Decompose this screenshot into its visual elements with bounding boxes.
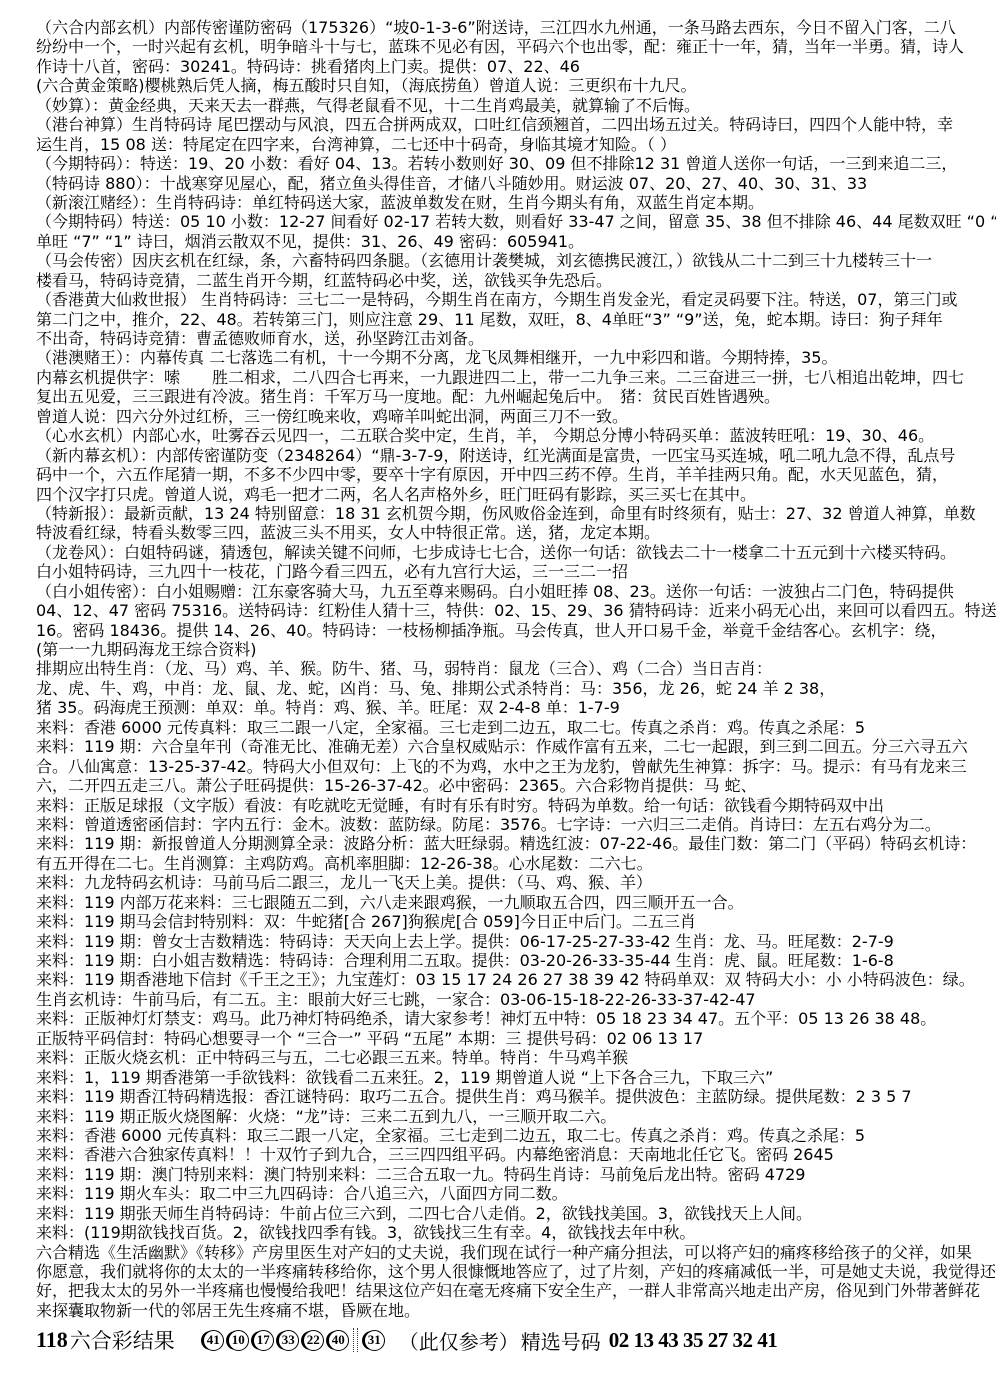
document-line: 来料：1，119 期香港第一手欲钱料：欲钱看二五来狂。2，119 期曾道人说 “… bbox=[36, 1068, 996, 1087]
document-line: 正版特平码信封：特码心想要寻一个 “三合一” 平码 “五尾” 本期：三 提供号码… bbox=[36, 1029, 996, 1048]
picked-numbers: 02 13 43 35 27 32 41 bbox=[609, 1328, 778, 1353]
document-line: 来料：119 期马会信封特别料：双：牛蛇猪[合 267]狗猴虎[合 059]今日… bbox=[36, 912, 996, 931]
document-line: 不出奇，特码诗竞猜：曹孟德败师育水，送，孙坚跨江击刘备。 bbox=[36, 329, 996, 348]
document-line: 排期应出特生肖：（龙、马）鸡、羊、猴。防牛、猪、马，弱特肖：鼠龙（三合）、鸡（二… bbox=[36, 659, 996, 678]
result-ball: 22 bbox=[303, 1330, 324, 1351]
document-line: 运生肖，15 08 送：特尾定在四字来，台湾神算，二七还中十码奇，身临其境才知险… bbox=[36, 135, 996, 154]
document-line: （六合内部玄机）内部传密谨防密码（175326）“坡0-1-3-6”附送诗，三江… bbox=[36, 18, 996, 37]
document-line: 来料：119 期香港地下信封《千王之王》；九宝莲灯：03 15 17 24 26… bbox=[36, 970, 996, 989]
document-line: （特码诗 880）：十战寒穿见屋心，配，猪立鱼头得佳音，才储八斗随妙用。财运波 … bbox=[36, 174, 996, 193]
document-line: 来料：119 期：澳门特别来料：澳门特别来料：二三合五取一九。特码生肖诗：马前兔… bbox=[36, 1165, 996, 1184]
document-line: （新内幕玄机）：内部传密谨防变（2348264）“鼎-3-7-9，附送诗，红光满… bbox=[36, 446, 996, 465]
document-line: （白小姐传密）：白小姐赐赠：江东豪客骑大马，九五至尊来赐码。白小姐旺捧 08、2… bbox=[36, 582, 996, 601]
document-line: 来料：正版足球报（文字版）看波：有吃就吃无觉睡，有时有乐有时穷。特码为单数。给一… bbox=[36, 796, 996, 815]
document-line: （香港黄大仙救世报） 生肖特码诗：三七二一是特码，今期生肖在南方，今期生肖发金光… bbox=[36, 290, 996, 309]
document-line: 作诗十八首，密码：30241。特码诗：挑看猪肉上门卖。提供：07、22、46 bbox=[36, 57, 996, 76]
humor-story-line: 来探囊取物新一代的邻居王先生疼痛不堪，昏厥在地。 bbox=[36, 1301, 996, 1320]
document-line: 来料：119 期：曾女士吉数精选：特码诗：天天向上去上学。提供：06-17-25… bbox=[36, 932, 996, 951]
picks-label: 精选号码 bbox=[521, 1326, 601, 1355]
result-ball: 41 bbox=[203, 1330, 224, 1351]
document-line: 04、12、47 密码 75316。送特码诗：红粉佳人猜十三，特供：02、15、… bbox=[36, 601, 996, 620]
document-line: （新滚江赌经）：生肖特码诗：单红特码送大家，蓝波单数发在财，生肖今期头有角，双蓝… bbox=[36, 193, 996, 212]
result-balls: 41 10 17 33 22 40 31 bbox=[199, 1328, 385, 1352]
document-line: （龙卷风）：白姐特码谜，猜透包，解读关键不问师，七步成诗七七合，送你一句话：欲钱… bbox=[36, 543, 996, 562]
document-line: 来料：香港 6000 元传真料：取三二跟一八定，全家福。三七走到二边五，取二七。… bbox=[36, 718, 996, 737]
document-line: (六合黄金策略)樱桃熟后凭人摘，梅五酸时只自知，（海底捞鱼）曾道人说：三更织布十… bbox=[36, 76, 996, 95]
humor-story-line: 好，把我太太的另外一半疼痛也慢慢给我吧！结果这位产妇在毫无疼痛下安全生产，一群人… bbox=[36, 1281, 996, 1300]
result-period: 118 bbox=[36, 1327, 68, 1353]
document-line: 单旺 “7” “1” 诗曰，烟消云散双不见，提供：31、26、49 密码：605… bbox=[36, 232, 996, 251]
document-body: （六合内部玄机）内部传密谨防密码（175326）“坡0-1-3-6”附送诗，三江… bbox=[36, 18, 996, 1320]
document-line: 楼看马，特码诗竞猜，二蓝生肖开今期，红蓝特码必中奖，送，欲钱买争先恐后。 bbox=[36, 271, 996, 290]
result-ball: 40 bbox=[328, 1330, 349, 1351]
humor-story-line: 六合精选《生活幽默》《转移》产房里医生对产妇的丈夫说，我们现在试行一种产痛分担法… bbox=[36, 1243, 996, 1262]
document-line: 复出五见爱，三三跟进有冷波。猪生肖：千军万马一度地。配：九州崛起兔后中。 猪：贫… bbox=[36, 387, 996, 406]
document-line: （港澳赌王）：内幕传真 二七落选二有机，十一今期不分离，龙飞凤舞相继开，一九中彩… bbox=[36, 348, 996, 367]
section-heading: (第一一九期码海龙王综合资料) bbox=[36, 640, 996, 659]
document-line: （特新报）：最新贡献，13 24 特别留意：18 31 玄机贺今期，伤风败俗金连… bbox=[36, 504, 996, 523]
document-line: 来料：曾道透密函信封：字内五行：金木。波数：蓝防绿。防尾：3576。七字诗：一六… bbox=[36, 815, 996, 834]
lottery-result-row: 118 六合彩结果 41 10 17 33 22 40 31 （此仅参考） 精选… bbox=[36, 1326, 777, 1354]
result-title: 六合彩结果 bbox=[70, 1325, 175, 1355]
document-line: 内幕玄机提供字：嗦 胜二相求，二八四合七再来，一九跟进四二上，带一二九争三来。二… bbox=[36, 368, 996, 387]
document-line: （今期特码）：特送：19、20 小数：看好 04、13。若转小数则好 30、09… bbox=[36, 154, 996, 173]
document-line: 龙、虎、牛、鸡，中肖：龙、鼠、龙、蛇，凶肖：马、兔、排期公式杀特肖：马：356，… bbox=[36, 679, 996, 698]
document-line: 来料：正版神灯灯禁支：鸡马。此乃神灯特码绝杀，请大家参考！神灯五中特：05 18… bbox=[36, 1009, 996, 1028]
document-line: 码中一个，六五作尾猜一期，不多不少四中零，要卒十字有原因，开中四三药不停。生肖，… bbox=[36, 465, 996, 484]
special-result-ball: 31 bbox=[364, 1330, 385, 1351]
document-line: 来料：119 期正版火烧图解：火烧：“龙”诗：三来二五到九八，一三顺开取二六。 bbox=[36, 1107, 996, 1126]
document-line: 猪 35。码海虎王预测：单双：单。特肖：鸡、猴、羊。旺尾：双 2-4-8 单：1… bbox=[36, 698, 996, 717]
document-line: 纷纷中一个，一时兴起有玄机，明争暗斗十与七，蓝珠不见必有因，平码六个也出零，配：… bbox=[36, 37, 996, 56]
document-line: 来料：119 内部万花来料：三七跟随五二到，六八走来跟鸡猴，一九顺取五合四，四三… bbox=[36, 893, 996, 912]
document-line: 生肖玄机诗：牛前马后，有二五。主：眼前大好三七跳，一家合：03-06-15-18… bbox=[36, 990, 996, 1009]
document-line: 合。八仙寓意：13-25-37-42。特码大小但双句：上飞的不为鸡，水中之王为龙… bbox=[36, 757, 996, 776]
document-line: 白小姐特码诗，三九四十一枝花，门路今看三四五，必有九宫行大运，三一三二一招 bbox=[36, 562, 996, 581]
document-line: 来料：(119期欲钱找百货。2，欲钱找四季有钱。3，欲钱找三生有幸。4，欲钱找去… bbox=[36, 1223, 996, 1242]
document-line: （今期特码）特送：05 10 小数：12-27 间看好 02-17 若转大数，则… bbox=[36, 212, 996, 231]
document-line: 来料：119 期张天师生肖特码诗：牛前占位三六到，二四七合八走俏。2，欲钱找美国… bbox=[36, 1204, 996, 1223]
document-line: 16。密码 18436。提供 14、26、40。特码诗：一枝杨柳插净瓶。马会传真… bbox=[36, 621, 996, 640]
document-line: 特波看红绿，特看头数零三四，蓝波三头不用买，女人中特很正常。送，猪，龙定本期。 bbox=[36, 523, 996, 542]
result-ball: 10 bbox=[228, 1330, 249, 1351]
document-line: 第二门之中，推介，22、48。若转第三门，则应注意 29、11 尾数，双旺，8、… bbox=[36, 310, 996, 329]
special-number-divider bbox=[353, 1328, 358, 1352]
document-line: 六，二开四五走三八。萧公子旺码提供：15-26-37-42。必中密码：2365。… bbox=[36, 776, 996, 795]
document-line: 来料：119 期火车头：取二中三九四码诗：合八追三六，八面四方同二数。 bbox=[36, 1184, 996, 1203]
result-ball: 17 bbox=[253, 1330, 274, 1351]
document-line: （马会传密）因庆玄机在红绿，条，六畜特码四条腿。（玄德用计袭樊城，刘玄德携民渡江… bbox=[36, 251, 996, 270]
document-line: 来料：119 期：白小姐吉数精选：特码诗：合理利用二五取。提供：03-20-26… bbox=[36, 951, 996, 970]
document-line: 来料：119 期香江特码精选报：香江谜特码：取巧二五合。提供生肖：鸡马猴羊。提供… bbox=[36, 1087, 996, 1106]
document-line: 来料：香港 6000 元传真料：取三二跟一八定，全家福。三七走到二边五，取二七。… bbox=[36, 1126, 996, 1145]
reference-note: （此仅参考） bbox=[399, 1326, 519, 1355]
document-line: （心水玄机）内部心水，吐雾吞云见四一，二五联合奖中定，生肖，羊， 今期总分博小特… bbox=[36, 426, 996, 445]
document-line: （港台神算）生肖特码诗 尾巴摆动与风浪，四五合拼两成双，口吐红信颈翘首，二四出场… bbox=[36, 115, 996, 134]
document-line: 来料：香港六合独家传真料！！十双竹子到九合，三三四四组平码。内幕绝密消息：天南地… bbox=[36, 1145, 996, 1164]
document-line: 来料：119 期：六合皇年刊（奇准无比、准确无差）六合皇权威贴示：作威作富有五来… bbox=[36, 737, 996, 756]
result-ball: 33 bbox=[278, 1330, 299, 1351]
document-line: 来料：正版火烧玄机：正中特码三与五，二七必跟三五来。特单。特肖：牛马鸡羊猴 bbox=[36, 1048, 996, 1067]
document-line: 四个汉字打只虎。曾道人说，鸡毛一把才二两，名人名声格外乡，旺门旺码有影踪，买三买… bbox=[36, 485, 996, 504]
document-line: 有五开得在二七。生肖测算：主鸡防鸡。高机率胆脚：12-26-38。心水尾数：二六… bbox=[36, 854, 996, 873]
document-line: 来料：119 期：新报曾道人分期测算全录：波路分析：蓝大旺绿弱。精选红波：07-… bbox=[36, 834, 996, 853]
document-line: （妙算）：黄金经典，天来天去一群燕，气得老鼠看不见，十二生肖鸡最美，就算输了不后… bbox=[36, 96, 996, 115]
document-line: 曾道人说：四六分外过红桥，三一傍红晚来收，鸡啼羊叫蛇出洞，两面三刀不一致。 bbox=[36, 407, 996, 426]
document-line: 来料：九龙特码玄机诗：马前马后二跟三，龙儿一飞天上美。提供：（马、鸡、猴、羊） bbox=[36, 873, 996, 892]
humor-story-line: 你愿意，我们就将你的太太的一半疼痛转移给你，这个男人很慷慨地答应了，过了片刻，产… bbox=[36, 1262, 996, 1281]
